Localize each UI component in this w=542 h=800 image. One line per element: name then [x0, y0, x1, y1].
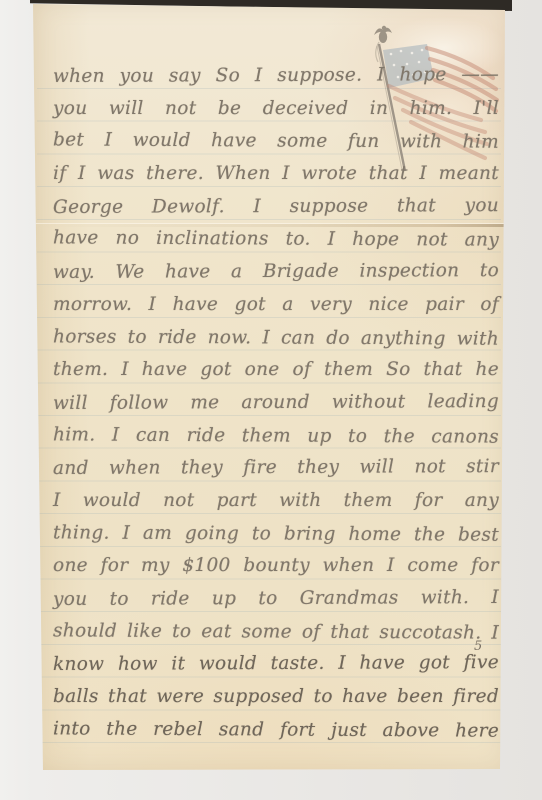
- letter-line: will follow me around without leading: [53, 386, 499, 421]
- letter-line: you to ride up to Grandmas with. I: [53, 582, 499, 617]
- letter-line: you will not be deceived in him. I'll: [53, 93, 499, 126]
- letter-line: George Dewolf. I suppose that you: [53, 190, 499, 225]
- letter-body: when you say So I suppose. I hope —— you…: [53, 60, 499, 746]
- letter-line: have no inclinations to. I hope not any: [53, 223, 499, 258]
- letter-line: horses to ride now. I can do anything wi…: [53, 321, 499, 356]
- letter-line: I would not part with them for any: [53, 485, 499, 518]
- letter-line: bet I would have some fun with him: [53, 125, 499, 160]
- letter-line: morrow. I have got a very nice pair of: [53, 289, 499, 322]
- letter-line: know how it would taste. I have got five: [53, 647, 499, 682]
- letter-line: him. I can ride them up to the canons: [53, 419, 499, 454]
- letter-line: into the rebel sand fort just above here: [53, 713, 499, 748]
- letter-line: them. I have got one of them So that he: [53, 354, 499, 387]
- letter-line: one for my $100 bounty when I come for: [53, 550, 499, 583]
- page-number: 5: [474, 639, 482, 654]
- letter-line: should like to eat some of that succotas…: [53, 615, 499, 650]
- letter-page: when you say So I suppose. I hope —— you…: [33, 2, 505, 770]
- letter-line: thing. I am going to bring home the best: [53, 517, 499, 552]
- letter-line: balls that were supposed to have been fi…: [53, 681, 499, 714]
- letter-line: and when they fire they will not stir: [53, 451, 499, 486]
- letter-line: when you say So I suppose. I hope ——: [53, 59, 499, 94]
- letter-line: if I was there. When I wrote that I mean…: [53, 158, 499, 191]
- letter-line: way. We have a Brigade inspection to: [53, 255, 499, 290]
- eagle-finial-icon: [374, 26, 392, 43]
- scanned-letter-image: when you say So I suppose. I hope —— you…: [0, 0, 542, 800]
